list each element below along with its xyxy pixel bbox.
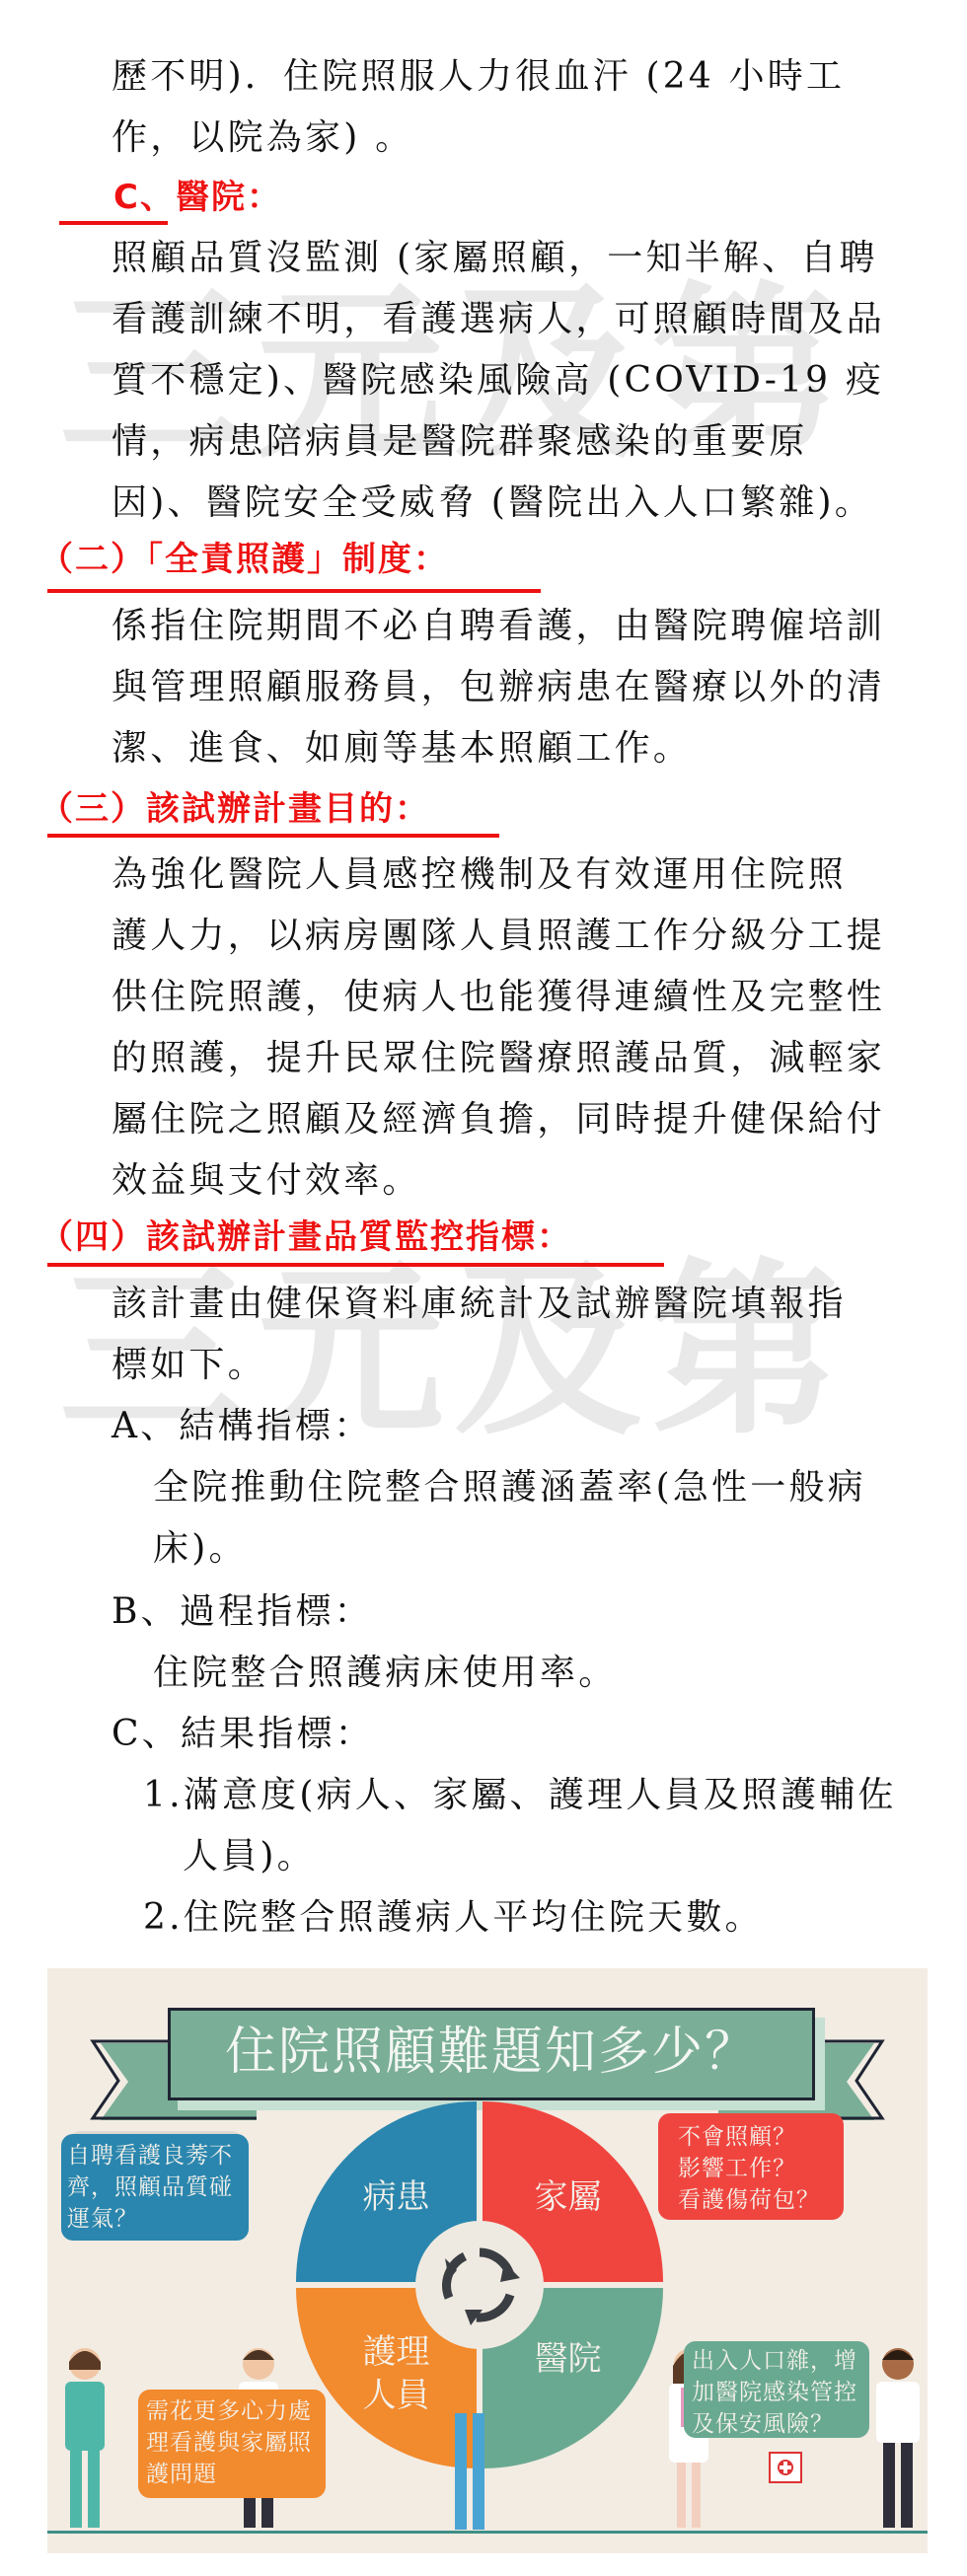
heading-underline [47, 589, 541, 593]
title-banner: 住院照顧難題知多少？ [168, 2008, 815, 2100]
bubble-family-problem: 不會照顧？ 影響工作？ 看護傷荷包？ [658, 2113, 844, 2220]
body-line: 該計畫由健保資料庫統計及試辦醫院填報指 [112, 1283, 847, 1326]
bubble-nursing-problem: 需花更多心力處 理看護與家屬照 護問題 [138, 2390, 326, 2498]
person-man-white-shirt [868, 2344, 928, 2532]
body-line: 效益與支付效率。 [112, 1159, 421, 1203]
body-line: 因)、醫院安全受威脅 (醫院出入人口繁雜)。 [112, 481, 873, 525]
medical-kit-icon [768, 2445, 803, 2484]
body-line: 歷不明)．住院照服人力很血汗 (24 小時工 [112, 55, 845, 99]
body-line: 係指住院期間不必自聘看護，由醫院聘僱培訓 [112, 605, 885, 648]
bubble-hospital-problem: 出入人口雜，增 加醫院感染管控 及保安風險？ [684, 2341, 869, 2438]
body-line: 為強化醫院人員感控機制及有效運用住院照 [112, 853, 847, 897]
body-line: 照顧品質沒監測 (家屬照顧，一知半解、自聘 [112, 237, 878, 280]
body-line: 人員)。 [183, 1835, 316, 1878]
body-line: 1.滿意度(病人、家屬、護理人員及照護輔佐 [143, 1774, 897, 1817]
body-line: 屬住院之照顧及經濟負擔，同時提升健保給付 [112, 1098, 885, 1141]
heading-pilot-purpose: （三）該試辦計畫目的： [39, 787, 430, 831]
body-line: 全院推動住院整合照護涵蓋率(急性一般病 [153, 1466, 866, 1509]
heading-underline [47, 1263, 664, 1267]
body-line: 與管理照顧服務員，包辦病患在醫療以外的清 [112, 666, 885, 709]
ground-line [47, 2531, 928, 2534]
heading-quality-indicators: （四）該試辦計畫品質監控指標： [39, 1215, 572, 1259]
body-line: 供住院照護，使病人也能獲得連續性及完整性 [112, 976, 885, 1019]
bubble-patient-problem: 自聘看護良莠不 齊，照顧品質碰 運氣？ [61, 2134, 249, 2241]
body-line: 情，病患陪病員是醫院群聚感染的重要原 [112, 420, 808, 464]
body-line: 看護訓練不明，看護選病人，可照顧時間及品 [112, 298, 885, 341]
body-line: 潔、進食、如廁等基本照顧工作。 [112, 727, 692, 771]
person-blue-pants [440, 2413, 499, 2532]
person-nurse-teal [55, 2344, 114, 2532]
body-line: 床)。 [153, 1527, 248, 1571]
indicator-c-label: C、結果指標： [112, 1713, 374, 1756]
body-line: 2.住院整合照護病人平均住院天數。 [143, 1896, 764, 1940]
body-line: 住院整合照護病床使用率。 [153, 1652, 617, 1695]
heading-underline [59, 221, 168, 225]
heading-full-care-system: （二）「全責照護」制度： [39, 538, 449, 581]
infographic-title: 住院照顧難題知多少？ [171, 2021, 812, 2084]
heading-underline [47, 834, 499, 838]
body-line: 作，以院為家) 。 [112, 116, 413, 160]
indicator-a-label: A、結構指標： [112, 1405, 372, 1448]
body-line: 護人力，以病房團隊人員照護工作分級分工提 [112, 915, 885, 958]
cycle-arrows-icon [415, 2221, 544, 2349]
heading-c-hospital: C、醫院： [113, 176, 282, 219]
infographic-hospital-care-problems: 住院照顧難題知多少？ 自聘看護良莠不 齊，照顧品質碰 運氣？ 不會照顧？ 影響工… [47, 1968, 928, 2553]
body-line: 質不穩定)、醫院感染風險高 (COVID-19 疫 [112, 359, 884, 403]
body-line: 標如下。 [112, 1344, 266, 1387]
indicator-b-label: B、過程指標： [112, 1590, 373, 1634]
body-line: 的照護，提升民眾住院醫療照護品質，減輕家 [112, 1037, 885, 1080]
